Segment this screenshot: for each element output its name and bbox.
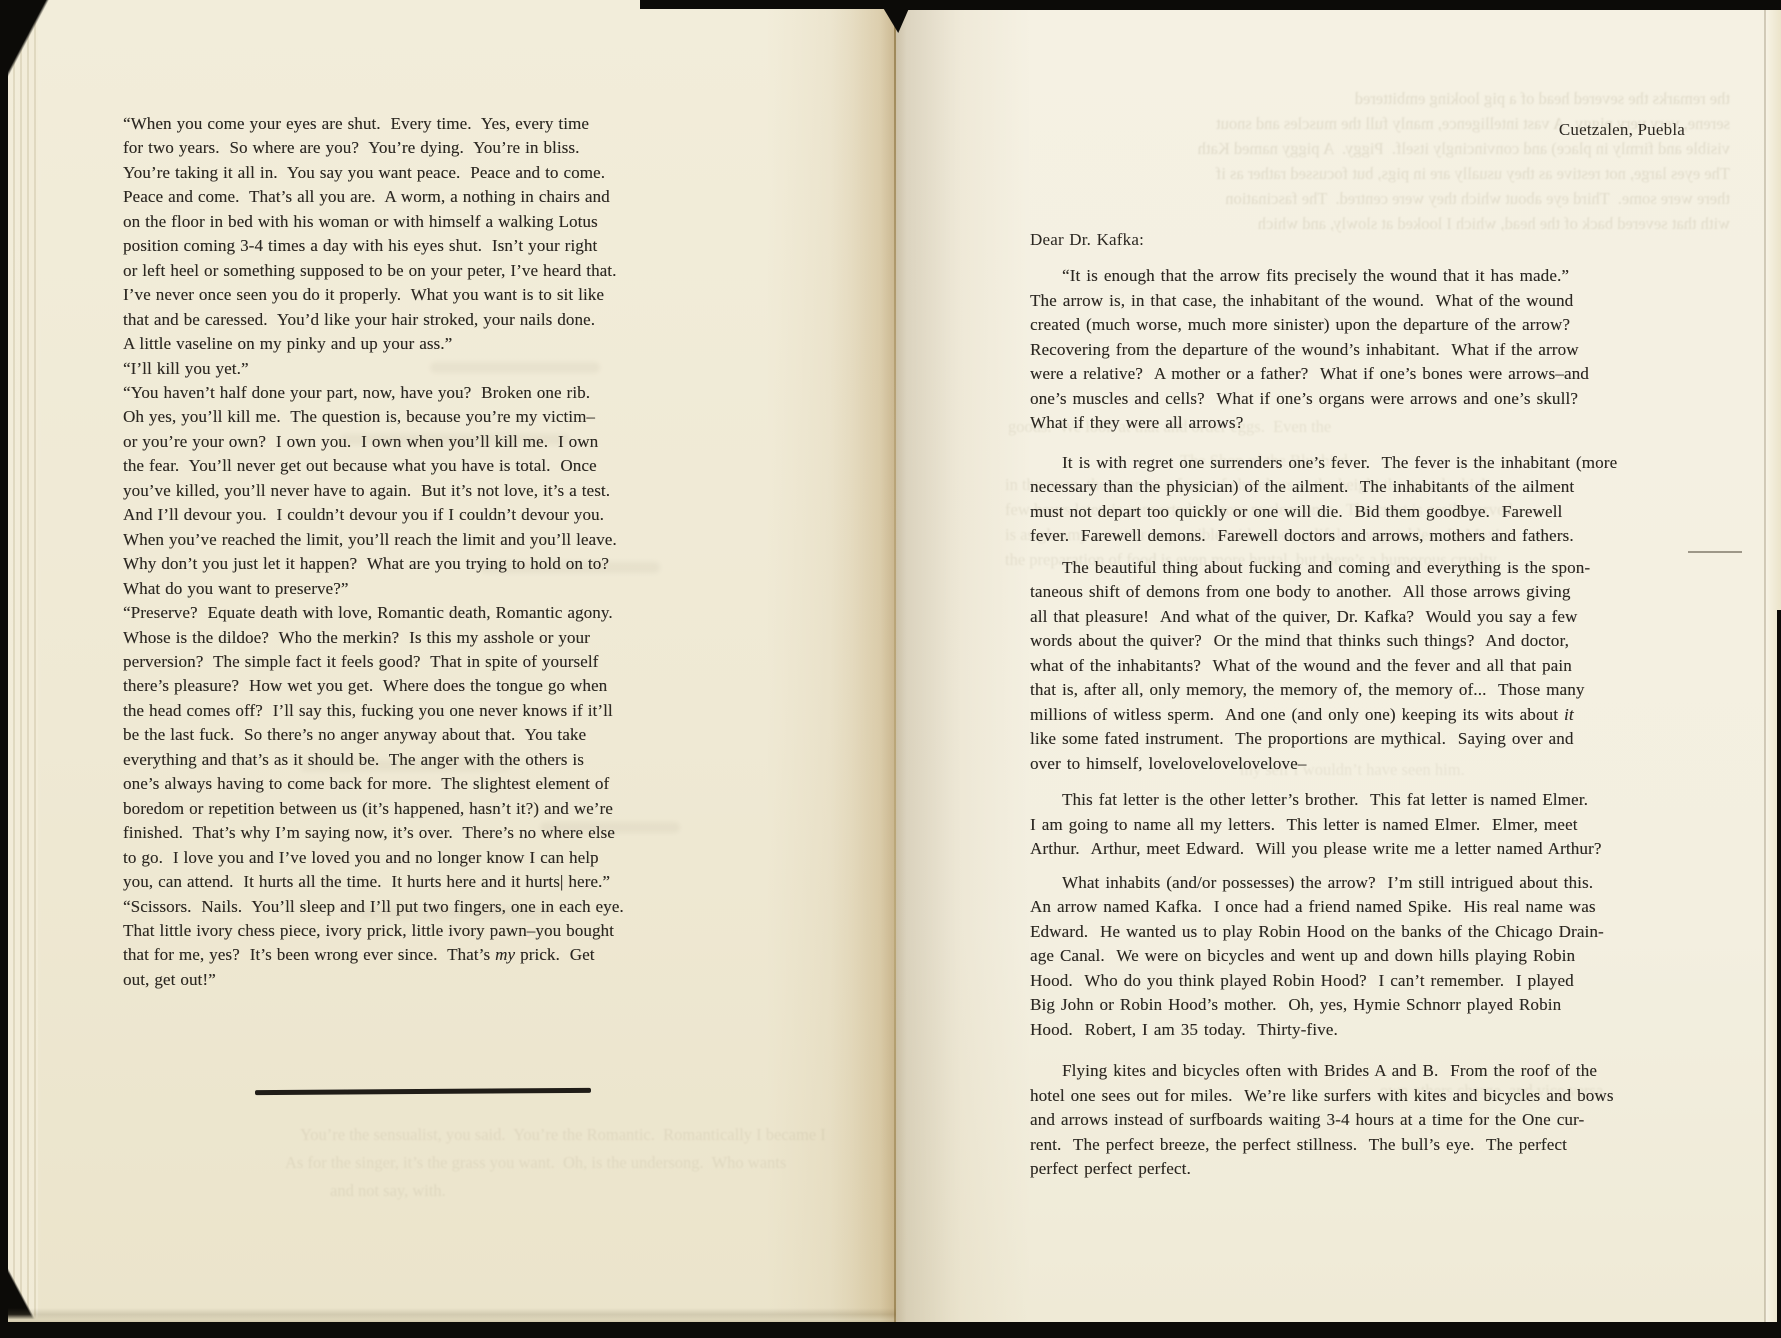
text-line: or left heel or something supposed to be… bbox=[123, 259, 624, 283]
text-line: boredom or repetition between us (it’s h… bbox=[123, 797, 624, 821]
text-line: position coming 3-4 times a day with his… bbox=[123, 234, 624, 258]
text-line: perfect perfect perfect. bbox=[1030, 1157, 1617, 1182]
text-line: for two years. So where are you? You’re … bbox=[123, 136, 624, 160]
background-top-strip bbox=[640, 0, 1781, 9]
text-line: perversion? The simple fact it feels goo… bbox=[123, 650, 624, 674]
text-line: must not depart too quickly or one will … bbox=[1030, 500, 1617, 525]
text-line: Hood. Robert, I am 35 today. Thirty-five… bbox=[1030, 1018, 1617, 1043]
text-line: words about the quiver? Or the mind that… bbox=[1030, 629, 1617, 654]
page-edge-line bbox=[1764, 10, 1766, 1322]
text-line: That little ivory chess piece, ivory pri… bbox=[123, 919, 624, 943]
text-line: Oh yes, you’ll kill me. The question is,… bbox=[123, 405, 624, 429]
text-line: “Preserve? Equate death with love, Roman… bbox=[123, 601, 624, 625]
text-line: And I’ll devour you. I couldn’t devour y… bbox=[123, 503, 624, 527]
text-line: Edward. He wanted us to play Robin Hood … bbox=[1030, 920, 1617, 945]
background-bottom-strip bbox=[0, 1322, 1781, 1338]
text-line: necessary than the physician) of the ail… bbox=[1030, 475, 1617, 500]
text-line: that is, after all, only memory, the mem… bbox=[1030, 678, 1617, 703]
text-line: I’ve never once seen you do it properly.… bbox=[123, 283, 624, 307]
letter-salutation: Dear Dr. Kafka: bbox=[1030, 230, 1144, 250]
text-line: be the last fuck. So there’s no anger an… bbox=[123, 723, 624, 747]
text-line: there’s pleasure? How wet you get. Where… bbox=[123, 674, 624, 698]
text-line: what of the inhabitants? What of the wou… bbox=[1030, 654, 1617, 679]
paragraph: Flying kites and bicycles often with Bri… bbox=[1030, 1059, 1617, 1182]
text-line: that and be caressed. You’d like your ha… bbox=[123, 308, 624, 332]
paragraph: It is with regret one surrenders one’s f… bbox=[1030, 451, 1617, 549]
text-line: rent. The perfect breeze, the perfect st… bbox=[1030, 1133, 1617, 1158]
text-line: hotel one sees out for miles. We’re like… bbox=[1030, 1084, 1617, 1109]
text-line: The arrow is, in that case, the inhabita… bbox=[1030, 289, 1617, 314]
paragraph: The beautiful thing about fucking and co… bbox=[1030, 556, 1617, 777]
text-line: you’ve killed, you’ll never have to agai… bbox=[123, 479, 624, 503]
text-line: taneous shift of demons from one body to… bbox=[1030, 580, 1617, 605]
text-line: “I’ll kill you yet.” bbox=[123, 357, 624, 381]
left-page-text-block: “When you come your eyes are shut. Every… bbox=[123, 112, 624, 992]
text-line: out, get out!” bbox=[123, 968, 624, 992]
letter-dateline: Cuetzalen, Puebla bbox=[1030, 120, 1685, 140]
print-artifact-underline bbox=[1688, 551, 1742, 553]
text-line: Recovering from the departure of the wou… bbox=[1030, 338, 1617, 363]
text-line: the head comes off? I’ll say this, fucki… bbox=[123, 699, 624, 723]
text-line: finished. That’s why I’m saying now, it’… bbox=[123, 821, 624, 845]
text-line: What inhabits (and/or possesses) the arr… bbox=[1030, 871, 1617, 896]
text-line: Flying kites and bicycles often with Bri… bbox=[1030, 1059, 1617, 1084]
text-line: It is with regret one surrenders one’s f… bbox=[1030, 451, 1617, 476]
text-line: or you’re your own? I own you. I own whe… bbox=[123, 430, 624, 454]
text-line: the fear. You’ll never get out because w… bbox=[123, 454, 624, 478]
text-line: millions of witless sperm. And one (and … bbox=[1030, 703, 1617, 728]
text-line: fever. Farewell demons. Farewell doctors… bbox=[1030, 524, 1617, 549]
letter-body: “It is enough that the arrow fits precis… bbox=[1030, 258, 1617, 1182]
text-line: one’s always having to come back for mor… bbox=[123, 772, 624, 796]
text-line: like some fated instrument. The proporti… bbox=[1030, 727, 1617, 752]
text-line: were a relative? A mother or a father? W… bbox=[1030, 362, 1617, 387]
text-line: all that pleasure! And what of the quive… bbox=[1030, 605, 1617, 630]
background-left-strip bbox=[0, 0, 8, 1338]
text-line: age Canal. We were on bicycles and went … bbox=[1030, 944, 1617, 969]
text-line: Hood. Who do you think played Robin Hood… bbox=[1030, 969, 1617, 994]
paragraph: What inhabits (and/or possesses) the arr… bbox=[1030, 871, 1617, 1043]
text-line: “You haven’t half done your part, now, h… bbox=[123, 381, 624, 405]
text-line: over to himself, lovelovelovelovelove– bbox=[1030, 752, 1617, 777]
text-line: and arrows instead of surfboards waiting… bbox=[1030, 1108, 1617, 1133]
text-line: When you’ve reached the limit, you’ll re… bbox=[123, 528, 624, 552]
text-line: Why don’t you just let it happen? What a… bbox=[123, 552, 624, 576]
text-line: one’s muscles and cells? What if one’s o… bbox=[1030, 387, 1617, 412]
page-corner-top-left bbox=[7, 0, 69, 83]
text-line: Peace and come. That’s all you are. A wo… bbox=[123, 185, 624, 209]
page-fore-edge bbox=[8, 0, 38, 1324]
text-line: Big John or Robin Hood’s mother. Oh, yes… bbox=[1030, 993, 1617, 1018]
text-line: An arrow named Kafka. I once had a frien… bbox=[1030, 895, 1617, 920]
text-line: The beautiful thing about fucking and co… bbox=[1030, 556, 1617, 581]
text-line: “It is enough that the arrow fits precis… bbox=[1030, 264, 1617, 289]
text-line: A little vaseline on my pinky and up you… bbox=[123, 332, 624, 356]
gutter-crease-line bbox=[894, 26, 896, 1322]
text-line: This fat letter is the other letter’s br… bbox=[1030, 788, 1617, 813]
text-line: I am going to name all my letters. This … bbox=[1030, 813, 1617, 838]
book-gutter-shadow bbox=[830, 0, 962, 1324]
text-line: everything and that’s as it should be. T… bbox=[123, 748, 624, 772]
paragraph: “It is enough that the arrow fits precis… bbox=[1030, 264, 1617, 436]
paragraph: This fat letter is the other letter’s br… bbox=[1030, 788, 1617, 862]
text-line: created (much worse, much more sinister)… bbox=[1030, 313, 1617, 338]
text-line: You’re taking it all in. You say you wan… bbox=[123, 161, 624, 185]
text-line: Arthur. Arthur, meet Edward. Will you pl… bbox=[1030, 837, 1617, 862]
text-line: that for me, yes? It’s been wrong ever s… bbox=[123, 943, 624, 967]
background-right-sliver bbox=[1777, 610, 1781, 1324]
text-line: What do you want to preserve?” bbox=[123, 577, 624, 601]
text-line: What if they were all arrows? bbox=[1030, 411, 1617, 436]
text-line: on the floor in bed with his woman or wi… bbox=[123, 210, 624, 234]
text-line: “Scissors. Nails. You’ll sleep and I’ll … bbox=[123, 895, 624, 919]
text-line: “When you come your eyes are shut. Every… bbox=[123, 112, 624, 136]
open-book-photo: the remarks the severed head of a pig lo… bbox=[0, 0, 1781, 1338]
text-line: to go. I love you and I’ve loved you and… bbox=[123, 846, 624, 870]
text-line: Whose is the dildoe? Who the merkin? Is … bbox=[123, 626, 624, 650]
text-line: you, can attend. It hurts all the time. … bbox=[123, 870, 624, 894]
